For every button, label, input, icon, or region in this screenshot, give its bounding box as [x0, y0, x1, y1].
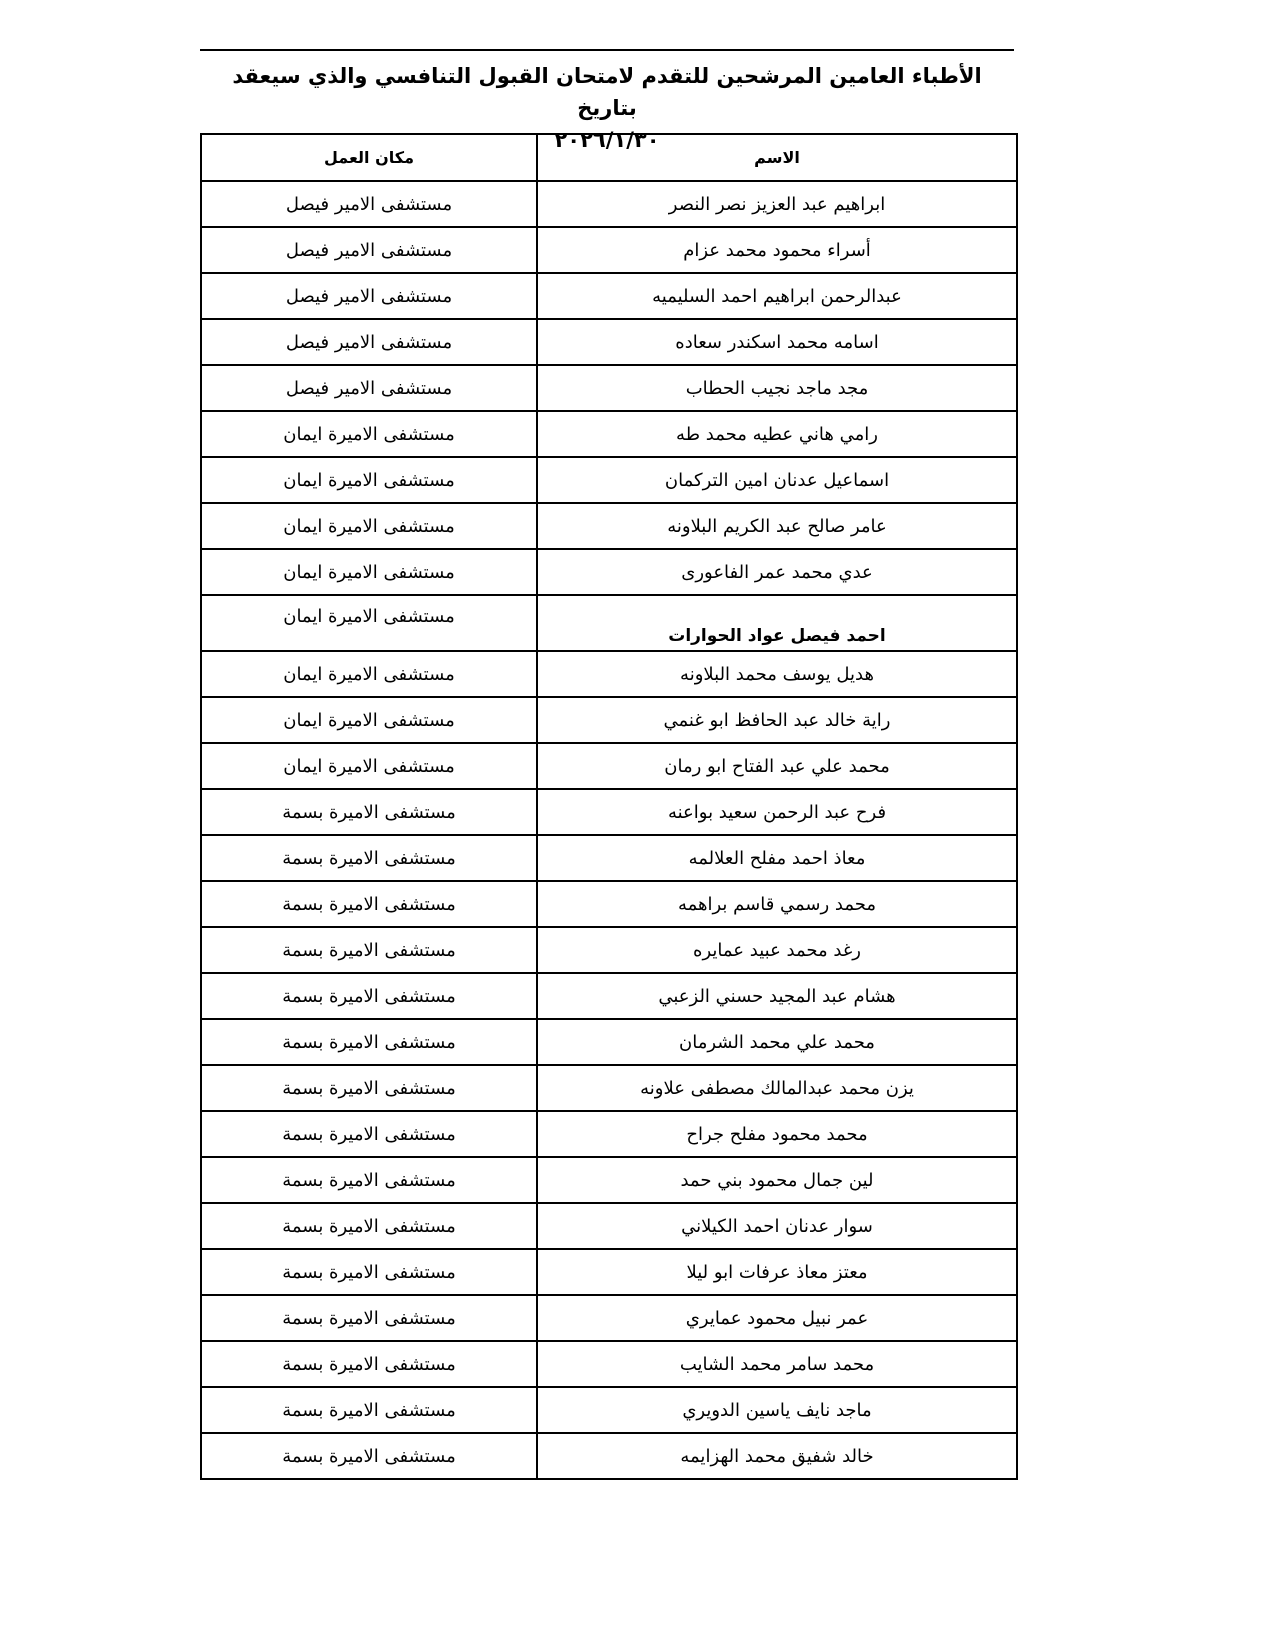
cell-name: راية خالد عبد الحافظ ابو غنمي: [537, 697, 1017, 743]
cell-name: ماجد نايف ياسين الدويري: [537, 1387, 1017, 1433]
cell-name: ابراهيم عبد العزيز نصر النصر: [537, 181, 1017, 227]
table-row: ابراهيم عبد العزيز نصر النصرمستشفى الامي…: [201, 181, 1017, 227]
cell-name: مجد ماجد نجيب الحطاب: [537, 365, 1017, 411]
cell-workplace: مستشفى الامير فيصل: [201, 181, 537, 227]
header-workplace: مكان العمل: [201, 134, 537, 181]
cell-name: لين جمال محمود بني حمد: [537, 1157, 1017, 1203]
cell-name: عمر نبيل محمود عمايري: [537, 1295, 1017, 1341]
cell-workplace: مستشفى الاميرة بسمة: [201, 1019, 537, 1065]
cell-workplace: مستشفى الاميرة بسمة: [201, 1387, 537, 1433]
cell-name: رغد محمد عبيد عمايره: [537, 927, 1017, 973]
cell-name: عدي محمد عمر الفاعورى: [537, 549, 1017, 595]
cell-workplace: مستشفى الاميرة بسمة: [201, 1341, 537, 1387]
table-row: محمد علي عبد الفتاح ابو رمانمستشفى الامي…: [201, 743, 1017, 789]
cell-name: محمد سامر محمد الشايب: [537, 1341, 1017, 1387]
cell-workplace: مستشفى الامير فيصل: [201, 319, 537, 365]
table-body: ابراهيم عبد العزيز نصر النصرمستشفى الامي…: [201, 181, 1017, 1479]
table-row: لين جمال محمود بني حمدمستشفى الاميرة بسم…: [201, 1157, 1017, 1203]
cell-name: يزن محمد عبدالمالك مصطفى علاونه: [537, 1065, 1017, 1111]
cell-name: هديل يوسف محمد البلاونه: [537, 651, 1017, 697]
cell-workplace: مستشفى الاميرة ايمان: [201, 743, 537, 789]
cell-name: فرح عبد الرحمن سعيد بواعنه: [537, 789, 1017, 835]
cell-name: محمد رسمي قاسم براهمه: [537, 881, 1017, 927]
cell-name: عبدالرحمن ابراهيم احمد السليميه: [537, 273, 1017, 319]
cell-workplace: مستشفى الامير فيصل: [201, 227, 537, 273]
cell-name: اسماعيل عدنان امين التركمان: [537, 457, 1017, 503]
table-row: يزن محمد عبدالمالك مصطفى علاونهمستشفى ال…: [201, 1065, 1017, 1111]
table-row: محمد محمود مفلح جراحمستشفى الاميرة بسمة: [201, 1111, 1017, 1157]
cell-workplace: مستشفى الاميرة بسمة: [201, 1157, 537, 1203]
cell-workplace: مستشفى الاميرة بسمة: [201, 973, 537, 1019]
cell-name: خالد شفيق محمد الهزايمه: [537, 1433, 1017, 1479]
cell-name: أسراء محمود محمد عزام: [537, 227, 1017, 273]
cell-workplace: مستشفى الاميرة بسمة: [201, 1295, 537, 1341]
cell-workplace: مستشفى الاميرة بسمة: [201, 1203, 537, 1249]
table-header-row: الاسم مكان العمل: [201, 134, 1017, 181]
cell-workplace: مستشفى الاميرة ايمان: [201, 697, 537, 743]
table-row: أسراء محمود محمد عزاممستشفى الامير فيصل: [201, 227, 1017, 273]
table-row: عبدالرحمن ابراهيم احمد السليميهمستشفى ال…: [201, 273, 1017, 319]
cell-workplace: مستشفى الاميرة بسمة: [201, 881, 537, 927]
cell-workplace: مستشفى الامير فيصل: [201, 273, 537, 319]
cell-workplace: مستشفى الاميرة ايمان: [201, 411, 537, 457]
title-line-1: الأطباء العامين المرشحين للتقدم لامتحان …: [200, 60, 1014, 124]
cell-name: اسامه محمد اسكندر سعاده: [537, 319, 1017, 365]
table-row: سوار عدنان احمد الكيلانيمستشفى الاميرة ب…: [201, 1203, 1017, 1249]
table-row: فرح عبد الرحمن سعيد بواعنهمستشفى الاميرة…: [201, 789, 1017, 835]
cell-name: عامر صالح عبد الكريم البلاونه: [537, 503, 1017, 549]
table-row: عدي محمد عمر الفاعورىمستشفى الاميرة ايما…: [201, 549, 1017, 595]
table-row: ماجد نايف ياسين الدويريمستشفى الاميرة بس…: [201, 1387, 1017, 1433]
table-row: معتز معاذ عرفات ابو ليلامستشفى الاميرة ب…: [201, 1249, 1017, 1295]
table-row: هديل يوسف محمد البلاونهمستشفى الاميرة اي…: [201, 651, 1017, 697]
cell-workplace: مستشفى الاميرة بسمة: [201, 927, 537, 973]
cell-name: محمد علي محمد الشرمان: [537, 1019, 1017, 1065]
table-row: محمد رسمي قاسم براهمهمستشفى الاميرة بسمة: [201, 881, 1017, 927]
cell-workplace: مستشفى الامير فيصل: [201, 365, 537, 411]
table-row: محمد سامر محمد الشايبمستشفى الاميرة بسمة: [201, 1341, 1017, 1387]
table-row: خالد شفيق محمد الهزايمهمستشفى الاميرة بس…: [201, 1433, 1017, 1479]
top-rule-divider: [200, 49, 1014, 51]
cell-name: هشام عبد المجيد حسني الزعبي: [537, 973, 1017, 1019]
table-row: معاذ احمد مفلح العلالمهمستشفى الاميرة بس…: [201, 835, 1017, 881]
cell-name: رامي هاني عطيه محمد طه: [537, 411, 1017, 457]
cell-workplace: مستشفى الاميرة بسمة: [201, 1111, 537, 1157]
table-row: هشام عبد المجيد حسني الزعبيمستشفى الامير…: [201, 973, 1017, 1019]
candidates-table: الاسم مكان العمل ابراهيم عبد العزيز نصر …: [200, 133, 1018, 1480]
table-row: راية خالد عبد الحافظ ابو غنميمستشفى الام…: [201, 697, 1017, 743]
cell-workplace: مستشفى الاميرة بسمة: [201, 1065, 537, 1111]
cell-workplace: مستشفى الاميرة بسمة: [201, 1249, 537, 1295]
table-row: عمر نبيل محمود عمايريمستشفى الاميرة بسمة: [201, 1295, 1017, 1341]
cell-workplace: مستشفى الاميرة بسمة: [201, 1433, 537, 1479]
table-row: اسماعيل عدنان امين التركمانمستشفى الامير…: [201, 457, 1017, 503]
table-row: رامي هاني عطيه محمد طهمستشفى الاميرة ايم…: [201, 411, 1017, 457]
table-row: اسامه محمد اسكندر سعادهمستشفى الامير فيص…: [201, 319, 1017, 365]
cell-workplace: مستشفى الاميرة ايمان: [201, 503, 537, 549]
cell-name: سوار عدنان احمد الكيلاني: [537, 1203, 1017, 1249]
cell-workplace: مستشفى الاميرة بسمة: [201, 789, 537, 835]
cell-workplace: مستشفى الاميرة ايمان: [201, 595, 537, 651]
table-row: مجد ماجد نجيب الحطابمستشفى الامير فيصل: [201, 365, 1017, 411]
cell-workplace: مستشفى الاميرة ايمان: [201, 457, 537, 503]
table-row: عامر صالح عبد الكريم البلاونهمستشفى الام…: [201, 503, 1017, 549]
cell-name: معاذ احمد مفلح العلالمه: [537, 835, 1017, 881]
cell-name: احمد فيصل عواد الحوارات: [537, 595, 1017, 651]
cell-workplace: مستشفى الاميرة ايمان: [201, 651, 537, 697]
table-row: احمد فيصل عواد الحواراتمستشفى الاميرة اي…: [201, 595, 1017, 651]
cell-name: محمد علي عبد الفتاح ابو رمان: [537, 743, 1017, 789]
cell-workplace: مستشفى الاميرة ايمان: [201, 549, 537, 595]
cell-name: معتز معاذ عرفات ابو ليلا: [537, 1249, 1017, 1295]
table-row: محمد علي محمد الشرمانمستشفى الاميرة بسمة: [201, 1019, 1017, 1065]
cell-name: محمد محمود مفلح جراح: [537, 1111, 1017, 1157]
header-name: الاسم: [537, 134, 1017, 181]
table-row: رغد محمد عبيد عمايرهمستشفى الاميرة بسمة: [201, 927, 1017, 973]
cell-workplace: مستشفى الاميرة بسمة: [201, 835, 537, 881]
